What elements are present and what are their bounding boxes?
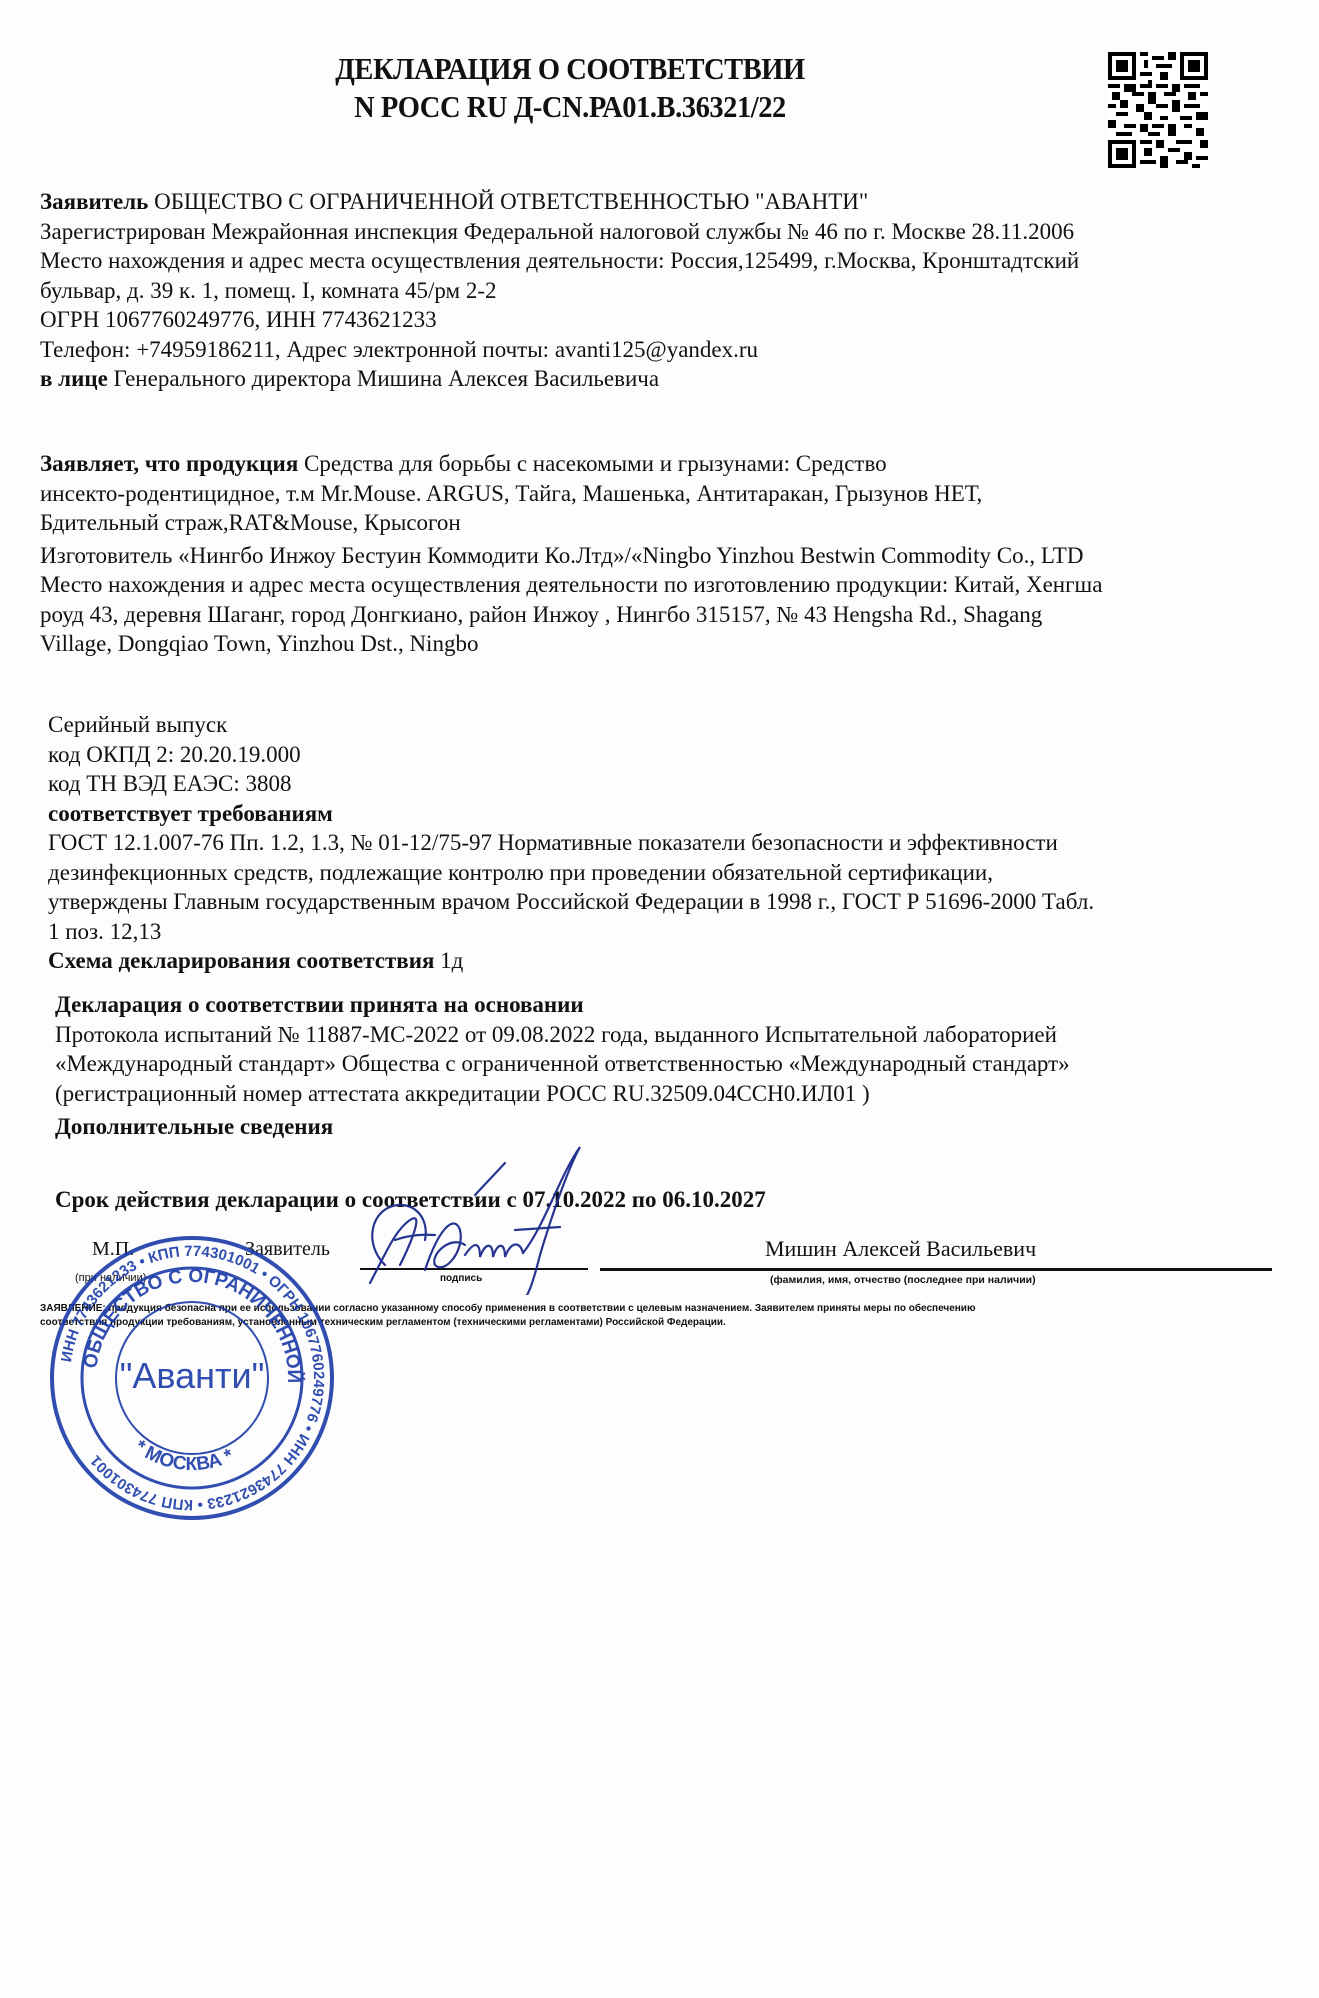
manufacturer-address-line-2: роуд 43, деревня Шаганг, город Донгкиано… [40,600,1280,630]
name-sublabel: (фамилия, имя, отчество (последнее при н… [770,1274,1036,1286]
scheme-line: Схема декларирования соответствия 1д [48,946,1288,976]
signature-icon [355,1135,595,1295]
name-line [600,1268,1272,1271]
qr-code-icon [1108,52,1208,168]
basis-line-2: «Международный стандарт» Общества с огра… [55,1049,1295,1079]
scheme-label: Схема декларирования соответствия [48,948,434,973]
requirements-line-4: 1 поз. 12,13 [48,917,1288,947]
product-description: Средства для борьбы с насекомыми и грызу… [298,451,886,476]
represented-by: Генерального директора Мишина Алексея Ва… [108,366,659,391]
applicant-label: Заявитель [40,189,148,214]
represented-line: в лице Генерального директора Мишина Але… [40,364,1280,394]
basis-section: Декларация о соответствии принята на осн… [55,990,1295,1142]
applicant-ids: ОГРН 1067760249776, ИНН 7743621233 [40,305,1280,335]
manufacturer-address-line-1: Место нахождения и адрес места осуществл… [40,570,1280,600]
applicant-address-line-2: бульвар, д. 39 к. 1, помещ. I, комната 4… [40,276,1280,306]
declaration-number: N РОСС RU Д-CN.РА01.В.36321/22 [276,88,865,126]
represented-label: в лице [40,366,108,391]
basis-line-3: (регистрационный номер аттестата аккреди… [55,1079,1295,1109]
applicant-name: ОБЩЕСТВО С ОГРАНИЧЕННОЙ ОТВЕТСТВЕННОСТЬЮ… [148,189,868,214]
additional-info: Дополнительные сведения [55,1112,1295,1142]
product-line-1: Заявляет, что продукция Средства для бор… [40,449,1280,479]
applicant-line: Заявитель ОБЩЕСТВО С ОГРАНИЧЕННОЙ ОТВЕТС… [40,187,1280,217]
manufacturer-address-line-3: Village, Dongqiao Town, Yinzhou Dst., Ni… [40,629,1280,659]
requirements-line-3: утверждены Главным государственным врачо… [48,887,1288,917]
company-stamp-icon: ИНН 7743621233 • КПП 774301001 • ОГРН 10… [42,1228,342,1528]
applicant-address-line-1: Место нахождения и адрес места осуществл… [40,246,1280,276]
scheme-value: 1д [434,948,463,973]
codes-section: Серийный выпуск код ОКПД 2: 20.20.19.000… [48,710,1288,976]
basis-label: Декларация о соответствии принята на осн… [55,990,1295,1020]
manufacturer: Изготовитель «Нингбо Инжоу Бестуин Коммо… [40,541,1280,571]
serial-release: Серийный выпуск [48,710,1288,740]
okpd-code: код ОКПД 2: 20.20.19.000 [48,740,1288,770]
title-line-1: ДЕКЛАРАЦИЯ О СООТВЕТСТВИИ [276,50,865,88]
product-label: Заявляет, что продукция [40,451,298,476]
requirements-label: соответствует требованиям [48,799,1288,829]
requirements-line-1: ГОСТ 12.1.007-76 Пп. 1.2, 1.3, № 01-12/7… [48,828,1288,858]
requirements-heading: соответствует требованиям [48,801,333,826]
tnved-code: код ТН ВЭД ЕАЭС: 3808 [48,769,1288,799]
basis-line-1: Протокола испытаний № 11887-МС-2022 от 0… [55,1020,1295,1050]
signer-full-name: Мишин Алексей Васильевич [765,1236,1036,1262]
applicant-section: Заявитель ОБЩЕСТВО С ОГРАНИЧЕННОЙ ОТВЕТС… [40,187,1280,394]
applicant-registration: Зарегистрирован Межрайонная инспекция Фе… [40,217,1280,247]
additional-heading: Дополнительные сведения [55,1114,333,1139]
product-line-3: Бдительный страж,RAT&Mouse, Крысогон [40,508,1280,538]
document-title: ДЕКЛАРАЦИЯ О СООТВЕТСТВИИ N РОСС RU Д-CN… [276,50,865,126]
stamp-center-text: "Аванти" [120,1355,265,1396]
svg-text:* МОСКВА *: * МОСКВА * [130,1436,237,1475]
requirements-line-2: дезинфекционных средств, подлежащие конт… [48,858,1288,888]
product-line-2: инсекто-родентицидное, т.м Mr.Mouse. ARG… [40,479,1280,509]
applicant-contacts: Телефон: +74959186211, Адрес электронной… [40,335,1280,365]
basis-heading: Декларация о соответствии принята на осн… [55,992,584,1017]
declaration-document: ДЕКЛАРАЦИЯ О СООТВЕТСТВИИ N РОСС RU Д-CN… [0,0,1319,1998]
product-section: Заявляет, что продукция Средства для бор… [40,449,1280,659]
